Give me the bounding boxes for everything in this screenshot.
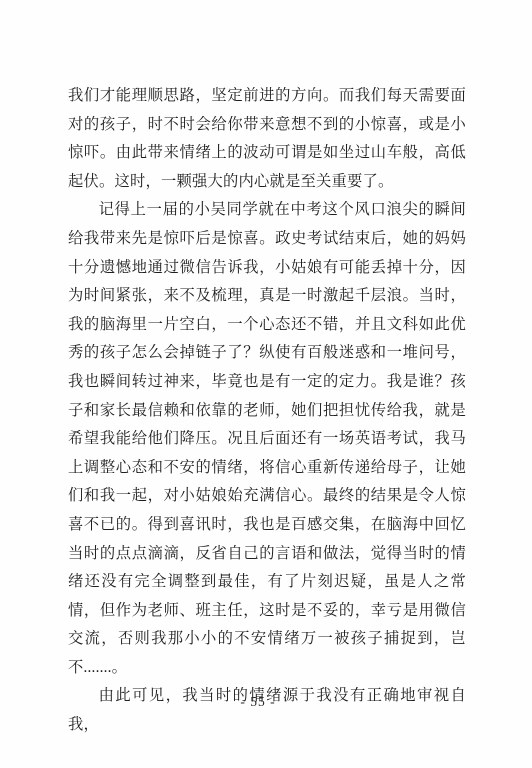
document-page: 我们才能理顺思路，坚定前进的方向。而我们每天需要面对的孩子，时不时会给你带来意想… (0, 0, 532, 768)
page-number: - 55 - (0, 694, 516, 710)
paragraph: 记得上一届的小吴同学就在中考这个风口浪尖的瞬间给我带来先是惊吓后是惊喜。政史考试… (68, 196, 466, 682)
paragraph: 由此可见，我当时的情绪源于我没有正确地审视自我， (68, 682, 466, 739)
body-text: 我们才能理顺思路，坚定前进的方向。而我们每天需要面对的孩子，时不时会给你带来意想… (68, 82, 466, 740)
paragraph: 我们才能理顺思路，坚定前进的方向。而我们每天需要面对的孩子，时不时会给你带来意想… (68, 82, 466, 196)
